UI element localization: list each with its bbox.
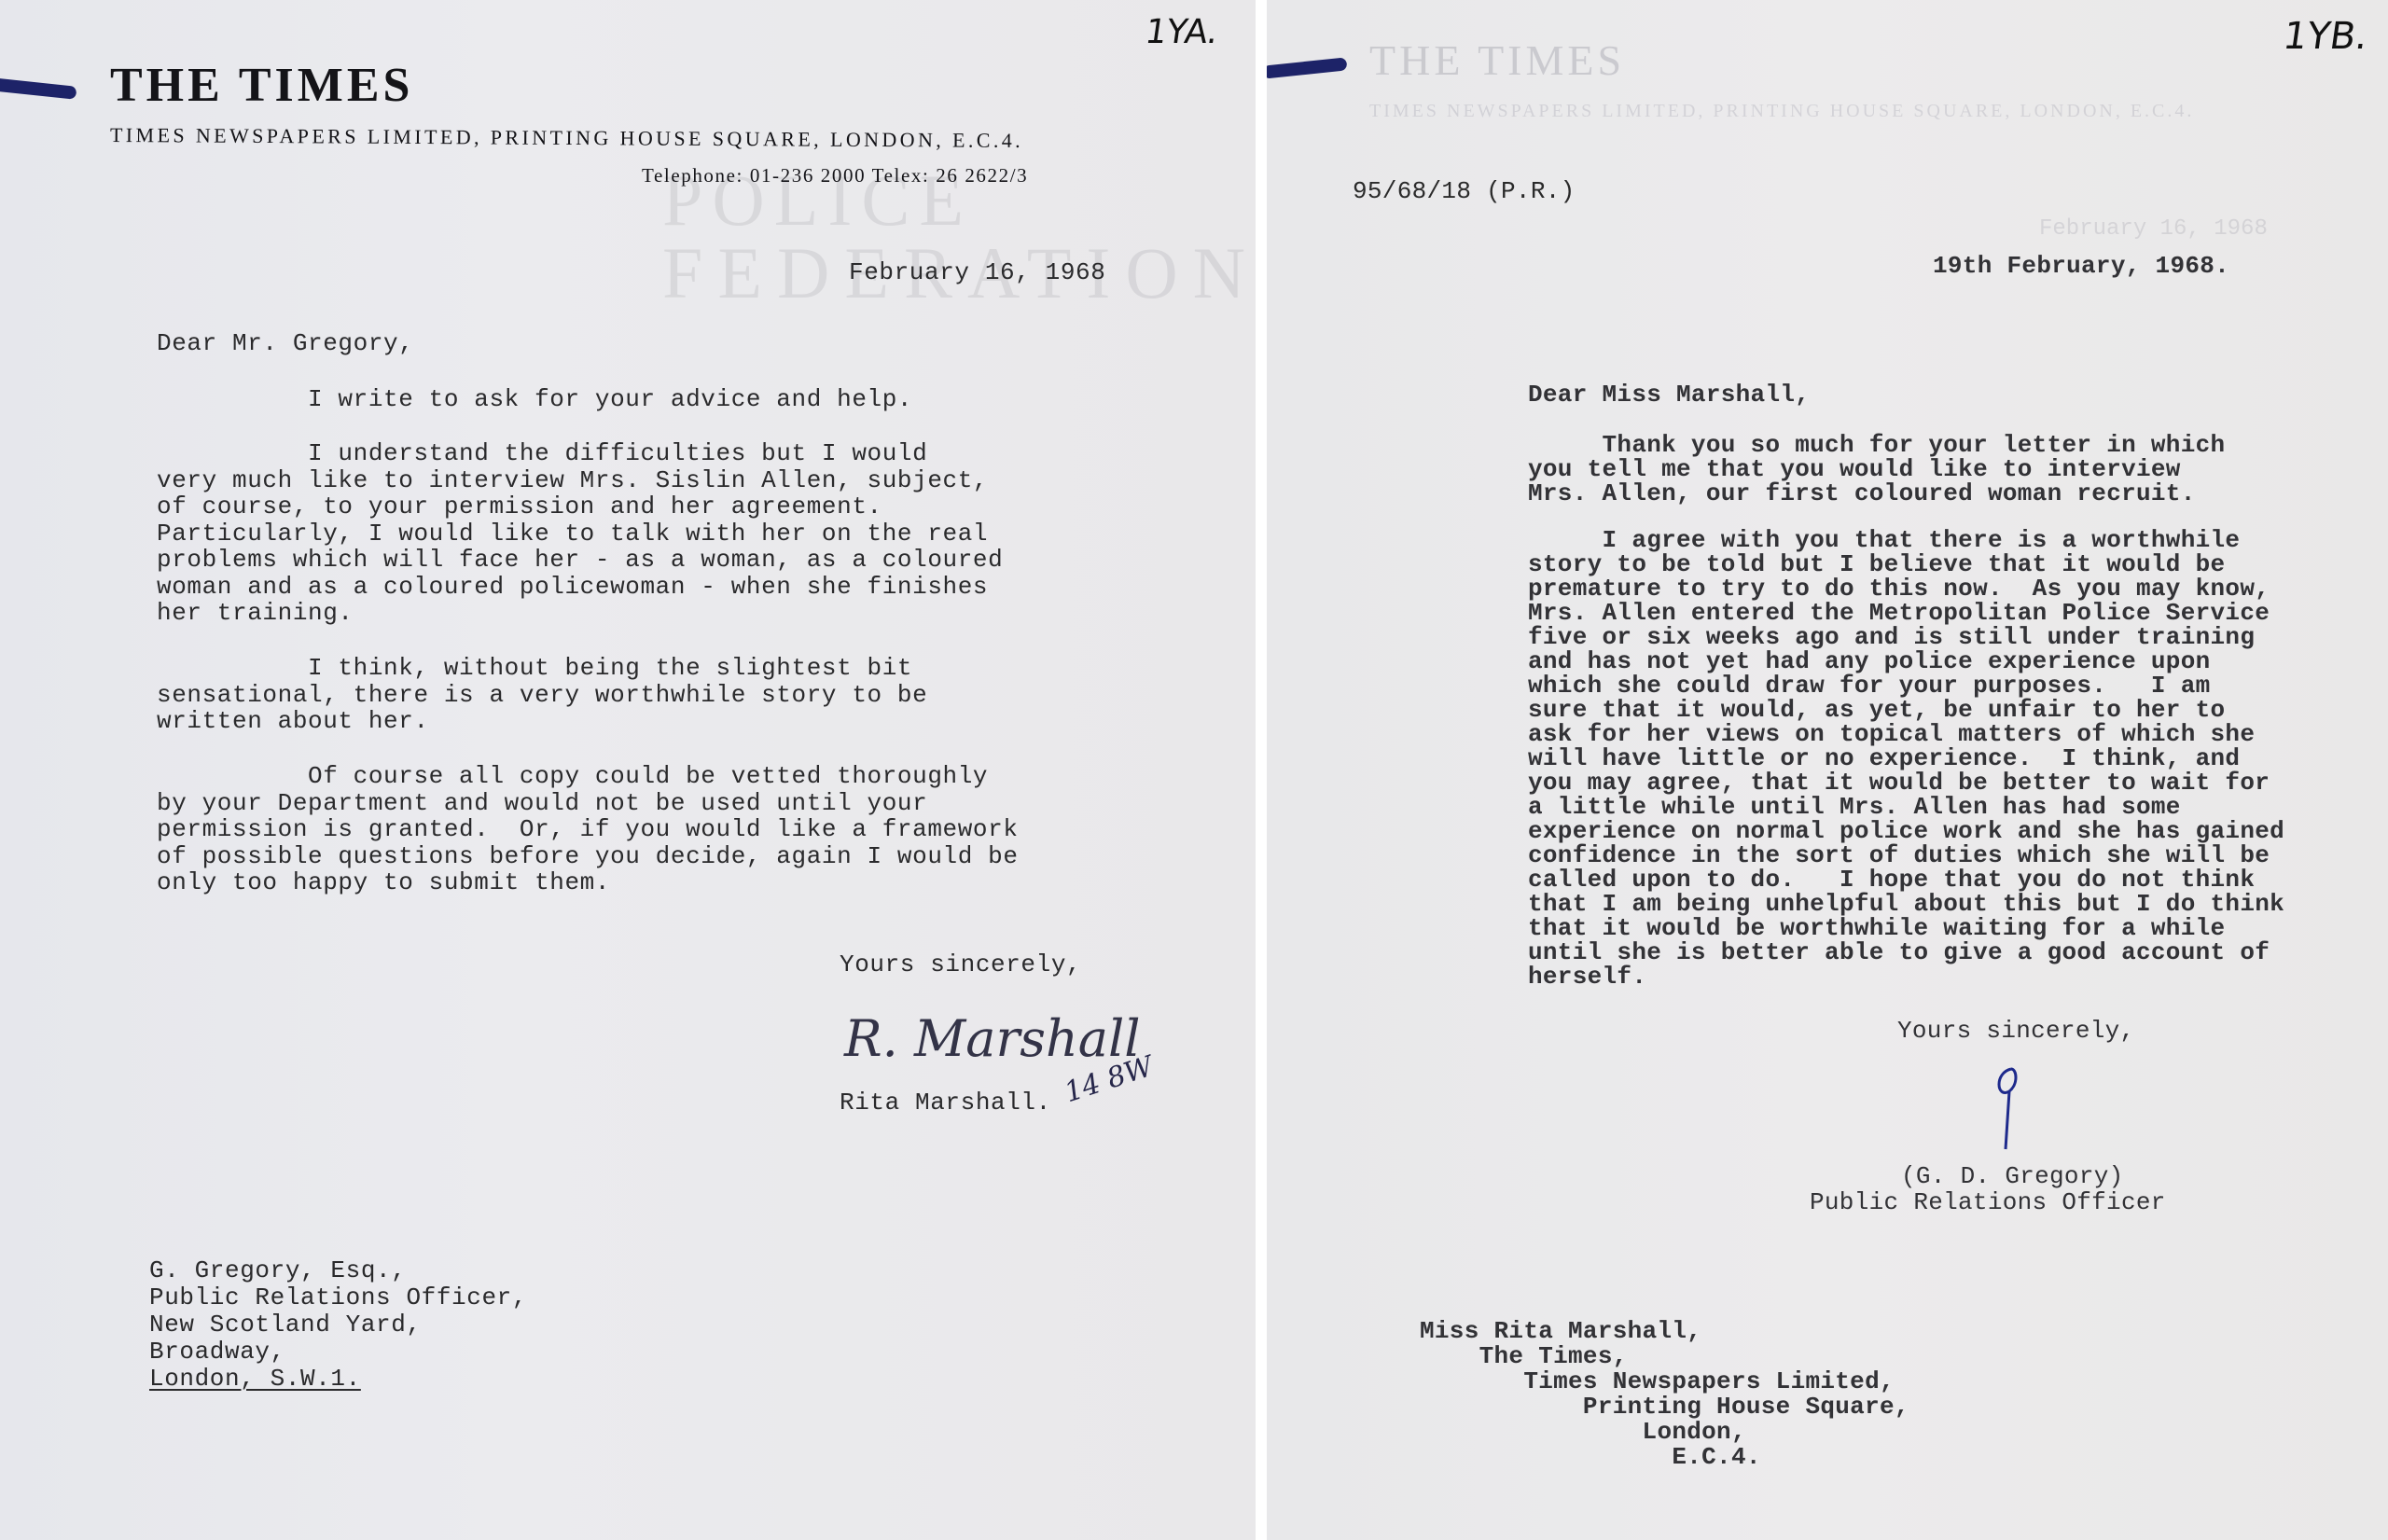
binding-string: [1267, 57, 1347, 78]
address-line: E.C.4.: [1420, 1445, 1761, 1469]
letterhead-address: TIMES NEWSPAPERS LIMITED, PRINTING HOUSE…: [110, 123, 1023, 153]
letterhead-contact: Telephone: 01-236 2000 Telex: 26 2622/3: [642, 164, 1028, 187]
letter-date: February 16, 1968: [849, 259, 1105, 286]
letter-page-left: 1YA. POLICE FEDERATION THE TIMES TIMES N…: [0, 0, 1256, 1540]
body-paragraph: I write to ask for your advice and help.: [157, 386, 912, 413]
address-line: Broadway,: [149, 1339, 285, 1366]
body-paragraph: I think, without being the slightest bit…: [157, 655, 927, 735]
body-paragraph: Of course all copy could be vetted thoro…: [157, 763, 1019, 896]
closing: Yours sincerely,: [840, 951, 1081, 978]
body-paragraph: I understand the difficulties but I woul…: [157, 440, 1003, 627]
address-line: G. Gregory, Esq.,: [149, 1257, 406, 1284]
body-paragraph: Thank you so much for your letter in whi…: [1528, 433, 2225, 506]
letter-page-right: 1YB. THE TIMES TIMES NEWSPAPERS LIMITED,…: [1267, 0, 2388, 1540]
bleed-through-text: February 16, 1968: [2039, 216, 2268, 242]
address-line: The Times,: [1420, 1344, 1628, 1368]
address-line: Times Newspapers Limited,: [1420, 1369, 1895, 1394]
address-line: Miss Rita Marshall,: [1420, 1319, 1701, 1343]
signatory-title: Public Relations Officer: [1810, 1190, 2166, 1214]
binding-string: [0, 77, 76, 100]
archive-mark: 1YA.: [1143, 13, 1220, 51]
bleed-through-text: THE TIMES: [1369, 35, 1625, 85]
address-line: Public Relations Officer,: [149, 1284, 527, 1311]
salutation: Dear Miss Marshall,: [1528, 382, 1810, 407]
handwritten-signature: R. Marshall: [844, 1009, 1141, 1068]
address-line: London, S.W.1.: [149, 1366, 361, 1393]
bleed-through-text: TIMES NEWSPAPERS LIMITED, PRINTING HOUSE…: [1369, 101, 2194, 122]
address-line: London,: [1420, 1420, 1746, 1444]
signatory-name: (G. D. Gregory): [1901, 1164, 2124, 1188]
letter-date: 19th February, 1968.: [1933, 254, 2229, 278]
closing: Yours sincerely,: [1897, 1019, 2134, 1043]
handwritten-signature: [1985, 1063, 2032, 1153]
salutation: Dear Mr. Gregory,: [157, 330, 413, 357]
body-paragraph: I agree with you that there is a worthwh…: [1528, 528, 2284, 989]
letterhead-title: THE TIMES: [110, 58, 413, 113]
signatory-name: Rita Marshall.: [840, 1089, 1051, 1117]
archive-mark: 1YB.: [2281, 15, 2371, 58]
reference-number: 95/68/18 (P.R.): [1353, 179, 1576, 203]
address-line: New Scotland Yard,: [149, 1311, 422, 1339]
address-line: Printing House Square,: [1420, 1394, 1909, 1419]
